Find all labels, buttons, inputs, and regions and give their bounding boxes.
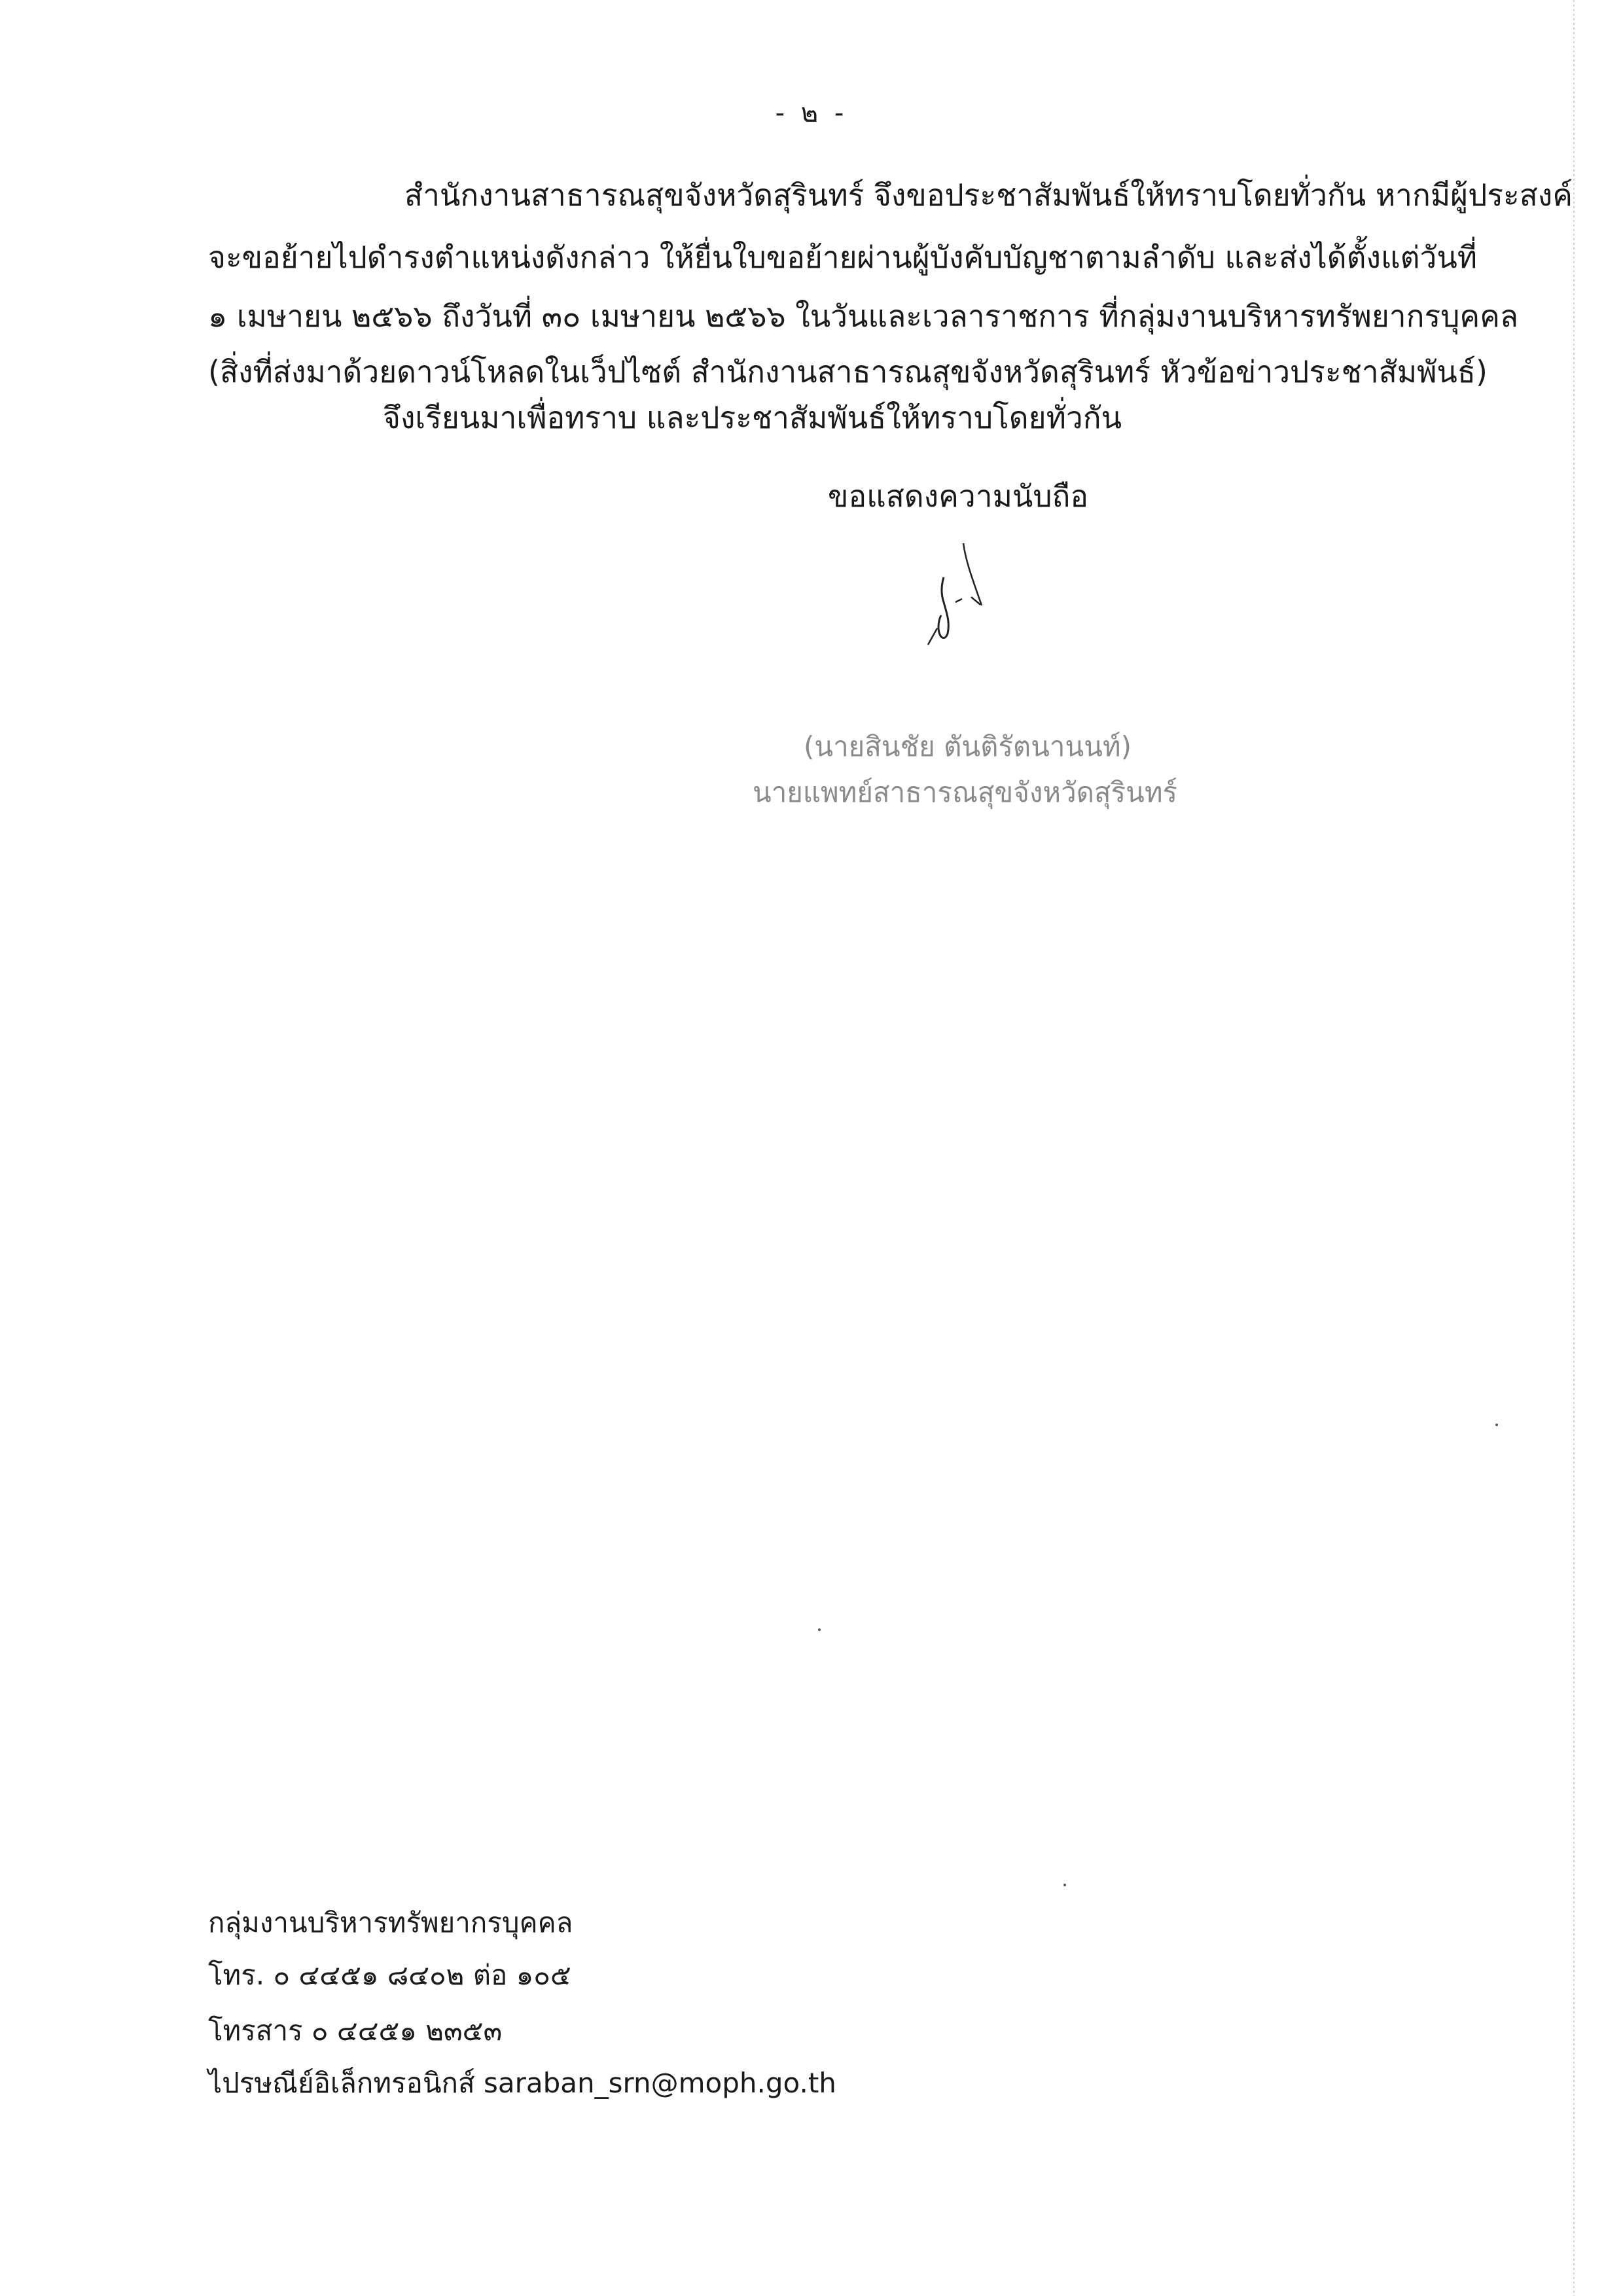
regards-line: ขอแสดงความนับถือ xyxy=(828,481,1088,511)
body-paragraph-line-2: จะขอย้ายไปดำรงตำแหน่งดังกล่าว ให้ยื่นใบข… xyxy=(208,242,1477,272)
page-number: - ๒ - xyxy=(0,92,1623,134)
signature-icon xyxy=(923,537,1001,648)
closing-statement: จึงเรียนมาเพื่อทราบ และประชาสัมพันธ์ให้ท… xyxy=(383,403,1122,433)
signer-title: นายแพทย์สาธารณสุขจังหวัดสุรินทร์ xyxy=(753,771,1177,814)
body-paragraph-line-1: สำนักงานสาธารณสุขจังหวัดสุรินทร์ จึงขอปร… xyxy=(404,180,1573,210)
scan-speck xyxy=(1495,1424,1498,1426)
document-page: - ๒ - สำนักงานสาธารณสุขจังหวัดสุรินทร์ จ… xyxy=(0,0,1623,2296)
body-paragraph-line-3: ๑ เมษายน ๒๕๖๖ ถึงวันที่ ๓๐ เมษายน ๒๕๖๖ ใ… xyxy=(208,301,1518,331)
contact-department: กลุ่มงานบริหารทรัพยากรบุคคล xyxy=(208,1901,573,1945)
body-paragraph-line-4: (สิ่งที่ส่งมาด้วยดาวน์โหลดในเว็ปไซต์ สำน… xyxy=(208,357,1488,387)
signer-name: (นายสินชัย ตันติรัตนานนท์) xyxy=(804,725,1132,768)
contact-fax: โทรสาร ๐ ๔๔๕๑ ๒๓๕๓ xyxy=(208,2009,502,2053)
scan-edge-artifact xyxy=(1573,0,1575,2296)
contact-email: ไปรษณีย์อิเล็กทรอนิกส์ saraban_srn@moph.… xyxy=(208,2062,836,2105)
scan-speck xyxy=(818,1628,821,1631)
scan-speck xyxy=(1063,1884,1066,1886)
contact-phone: โทร. ๐ ๔๔๕๑ ๘๔๐๒ ต่อ ๑๐๕ xyxy=(208,1954,571,1997)
